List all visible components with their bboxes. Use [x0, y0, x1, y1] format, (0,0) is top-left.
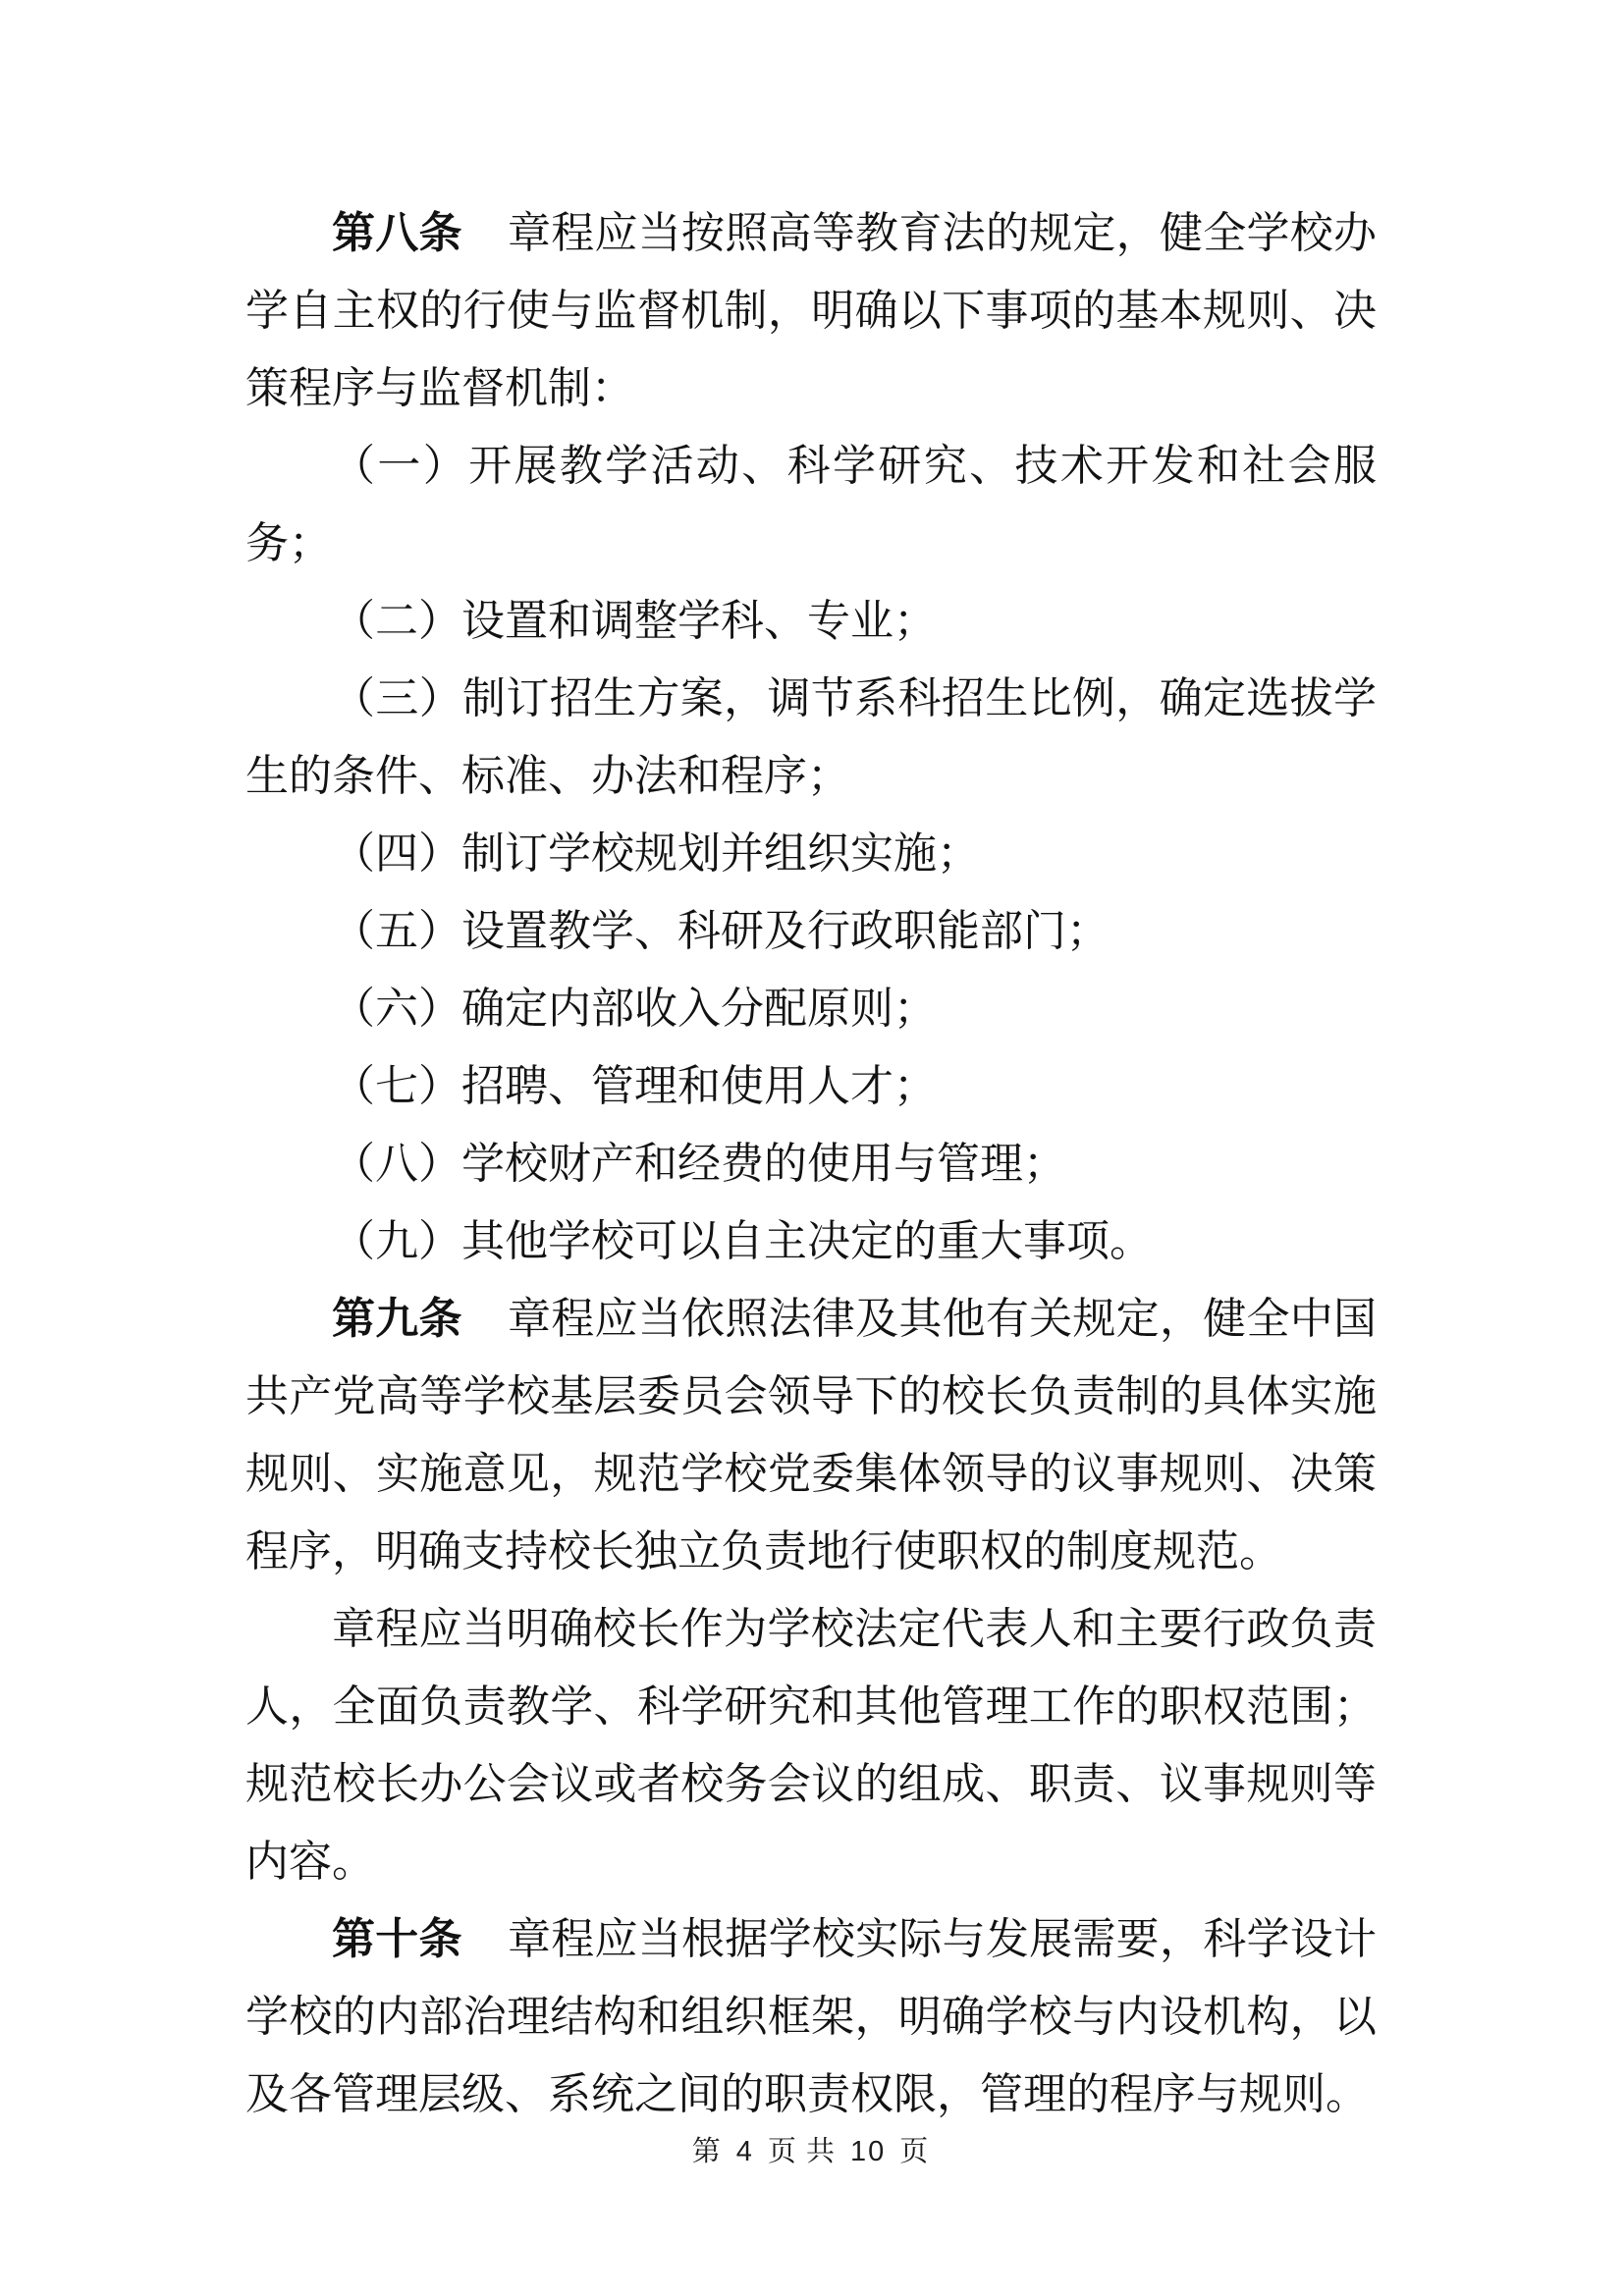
- footer-prefix: 第: [692, 2136, 723, 2167]
- paragraph-text: （二）设置和调整学科、专业；: [332, 597, 937, 645]
- footer-middle1: 页: [768, 2136, 798, 2167]
- paragraph-text: （七）招聘、管理和使用人才；: [332, 1062, 937, 1110]
- paragraph: （五）设置教学、科研及行政职能部门；: [245, 892, 1377, 970]
- paragraph: 第八条章程应当按照高等教育法的规定，健全学校办学自主权的行使与监督机制，明确以下…: [245, 194, 1377, 427]
- footer-suffix: 页: [899, 2136, 930, 2167]
- article-number: 第十条: [332, 1915, 462, 1963]
- footer-total-pages: 10: [850, 2136, 886, 2167]
- paragraph: （七）招聘、管理和使用人才；: [245, 1047, 1377, 1125]
- paragraph-text: 章程应当明确校长作为学校法定代表人和主要行政负责人，全面负责教学、科学研究和其他…: [245, 1605, 1377, 1886]
- paragraph: （六）确定内部收入分配原则；: [245, 970, 1377, 1047]
- paragraph: （三）制订招生方案，调节系科招生比例，确定选拔学生的条件、标准、办法和程序；: [245, 660, 1377, 815]
- paragraph: 章程应当明确校长作为学校法定代表人和主要行政负责人，全面负责教学、科学研究和其他…: [245, 1590, 1377, 1900]
- article-number: 第九条: [332, 1295, 462, 1343]
- paragraph: （九）其他学校可以自主决定的重大事项。: [245, 1202, 1377, 1280]
- paragraph-text: （九）其他学校可以自主决定的重大事项。: [332, 1217, 1153, 1265]
- article-number: 第八条: [332, 209, 462, 257]
- paragraph: 第九条章程应当依照法律及其他有关规定，健全中国共产党高等学校基层委员会领导下的校…: [245, 1280, 1377, 1590]
- paragraph: （八）学校财产和经费的使用与管理；: [245, 1125, 1377, 1202]
- footer-middle2: 共: [806, 2136, 837, 2167]
- paragraph: （二）设置和调整学科、专业；: [245, 582, 1377, 660]
- paragraph-text: （三）制订招生方案，调节系科招生比例，确定选拔学生的条件、标准、办法和程序；: [245, 674, 1377, 800]
- page-footer: 第4页共10页: [245, 2132, 1377, 2171]
- paragraph: 第十条章程应当根据学校实际与发展需要，科学设计学校的内部治理结构和组织框架，明确…: [245, 1900, 1377, 2133]
- document-body: 第八条章程应当按照高等教育法的规定，健全学校办学自主权的行使与监督机制，明确以下…: [245, 194, 1377, 2133]
- paragraph-text: （六）确定内部收入分配原则；: [332, 985, 937, 1033]
- paragraph: （一）开展教学活动、科学研究、技术开发和社会服务；: [245, 427, 1377, 582]
- paragraph: （四）制订学校规划并组织实施；: [245, 815, 1377, 892]
- document-page: 第八条章程应当按照高等教育法的规定，健全学校办学自主权的行使与监督机制，明确以下…: [0, 0, 1624, 2296]
- paragraph-text: （八）学校财产和经费的使用与管理；: [332, 1140, 1066, 1188]
- paragraph-text: （四）制订学校规划并组织实施；: [332, 829, 980, 878]
- paragraph-text: （五）设置教学、科研及行政职能部门；: [332, 907, 1110, 955]
- footer-page-number: 4: [736, 2136, 754, 2167]
- paragraph-text: （一）开展教学活动、科学研究、技术开发和社会服务；: [245, 442, 1377, 567]
